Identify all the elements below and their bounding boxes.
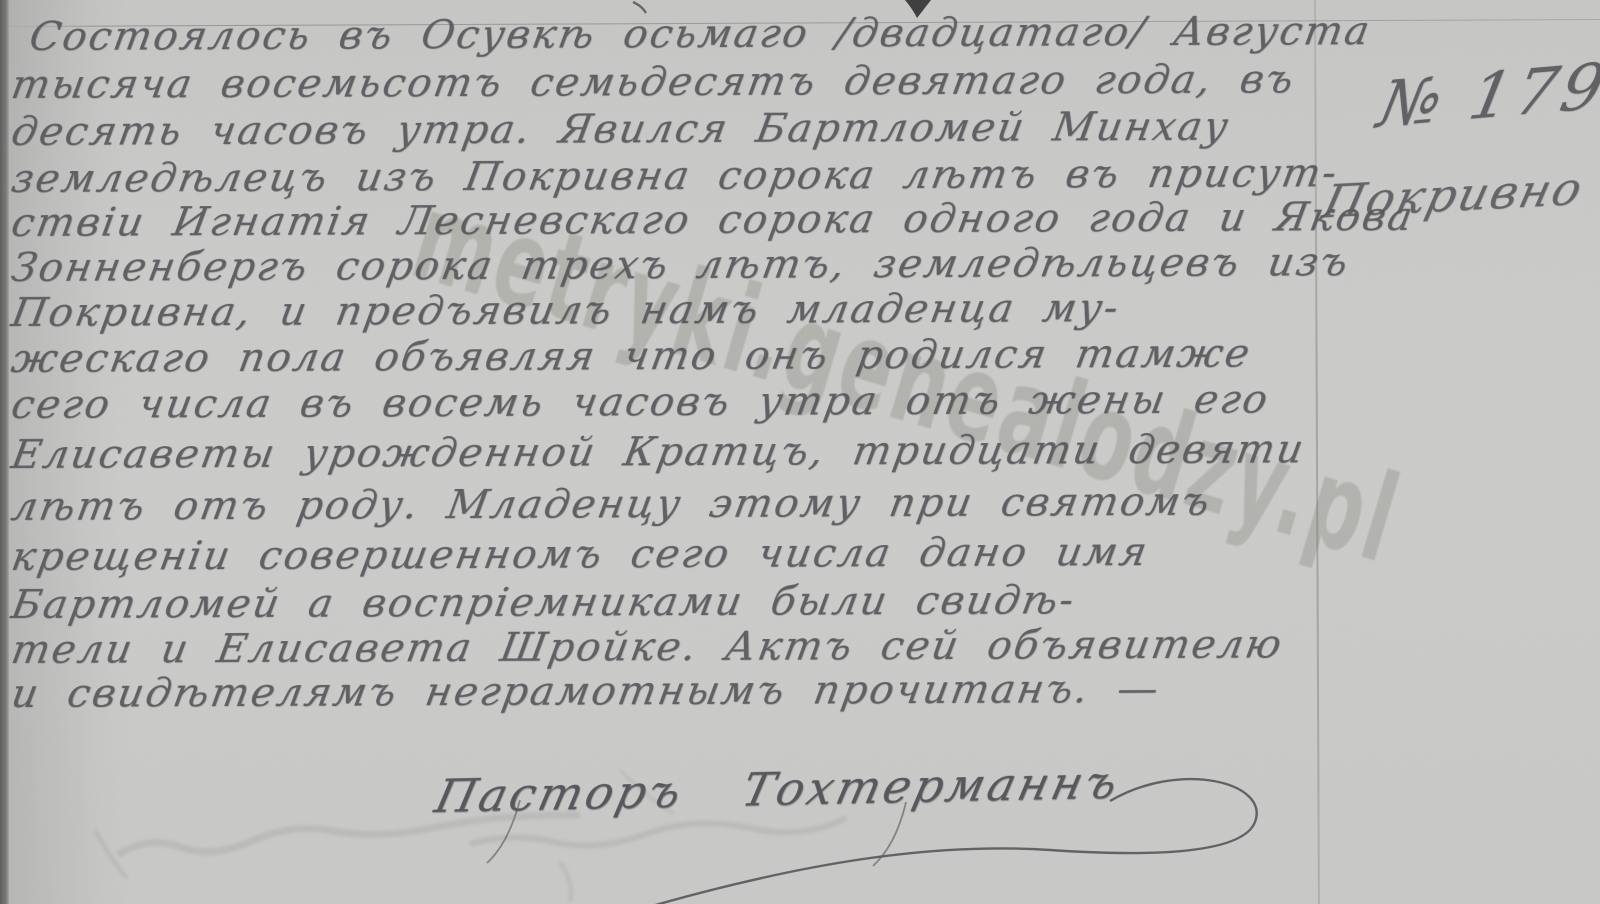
handwritten-line: десять часовъ утра. Явился Бартломей Мин…	[8, 104, 1233, 155]
handwritten-line: и свидѣтелямъ неграмотнымъ прочитанъ. —	[8, 666, 1164, 717]
handwritten-line: крещеніи совершенномъ сего числа дано им…	[8, 529, 1152, 580]
margin-place-name: Покривно	[1318, 161, 1589, 228]
pastor-signature: Пасторъ Тохтерманнъ	[430, 755, 1126, 823]
handwritten-line: лѣтъ отъ роду. Младенцу этому при святом…	[8, 479, 1215, 530]
handwritten-line: Состоялось въ Осувкѣ осьмаго /двадцатаго…	[26, 8, 1375, 60]
handwritten-line: тели и Елисавета Шройке. Актъ сей объяви…	[8, 621, 1287, 673]
handwritten-line: жескаго пола объявляя что онъ родился та…	[8, 331, 1255, 382]
page-left-edge	[0, 0, 9, 904]
handwritten-line: сего числа въ восемь часовъ утра отъ жен…	[8, 377, 1273, 428]
handwritten-line: ствіи Игнатія Лесневскаго сорока одного …	[8, 194, 1418, 246]
handwritten-line: Бартломей а воспріемниками были свидѣ-	[8, 577, 1079, 628]
handwritten-line: Елисаветы урожденной Кратцъ, тридцати де…	[8, 426, 1309, 478]
handwritten-line: Зонненбергъ сорока трехъ лѣтъ, земледѣль…	[8, 239, 1353, 291]
handwritten-line: Покривна, и предъявилъ намъ младенца му-	[8, 285, 1124, 336]
scanned-record-page: metryki.genealodzy.pl Состоялось въ Осув…	[0, 0, 1600, 904]
handwritten-line: тысяча восемьсотъ семьдесятъ девятаго го…	[8, 56, 1299, 108]
record-number: № 179.	[1372, 47, 1600, 142]
